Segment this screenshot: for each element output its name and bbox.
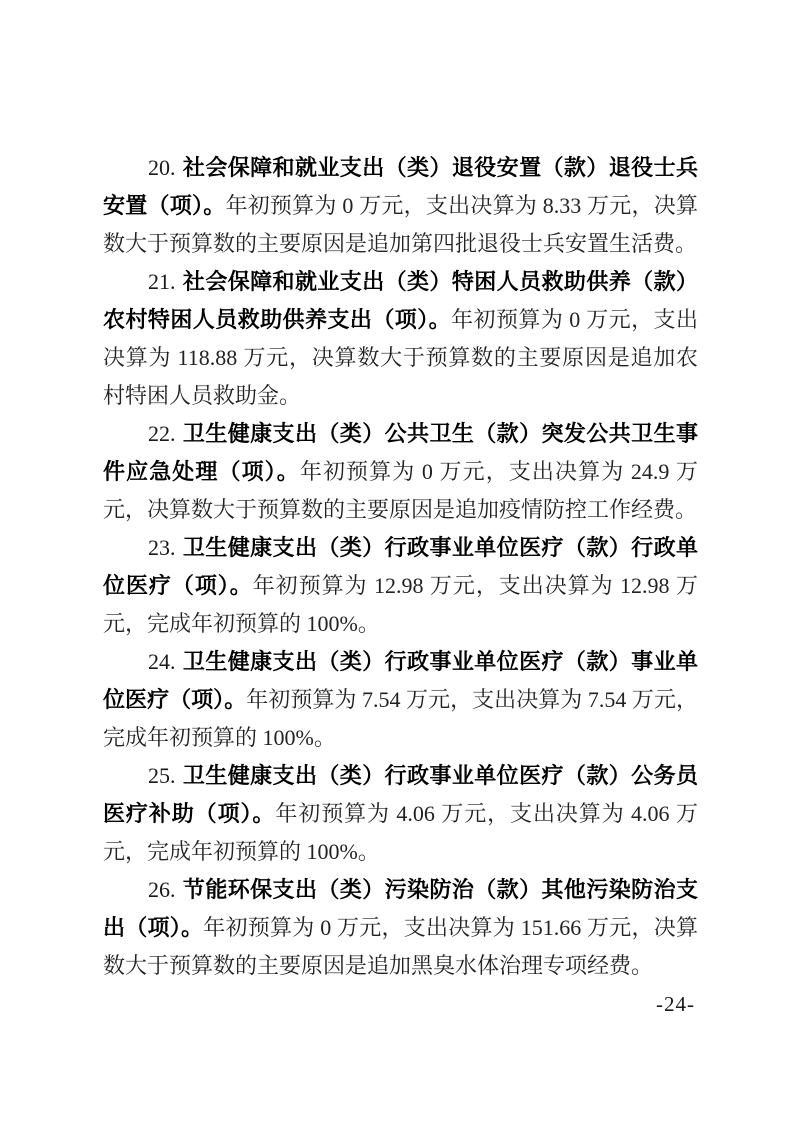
item-number: 22. (148, 421, 176, 446)
budget-item-paragraph-21: 21.社会保障和就业支出（类）特困人员救助供养（款）农村特困人员救助供养支出（项… (103, 263, 698, 415)
document-page: 20.社会保障和就业支出（类）退役安置（款）退役士兵安置（项）。年初预算为 0 … (0, 0, 793, 1122)
item-number: 21. (148, 269, 176, 294)
budget-item-paragraph-24: 24.卫生健康支出（类）行政事业单位医疗（款）事业单位医疗（项）。年初预算为 7… (103, 643, 698, 757)
item-number: 20. (148, 155, 176, 180)
budget-item-paragraph-25: 25.卫生健康支出（类）行政事业单位医疗（款）公务员医疗补助（项）。年初预算为 … (103, 757, 698, 871)
page-number: -24- (0, 992, 695, 1016)
item-number: 25. (148, 763, 176, 788)
item-number: 24. (148, 649, 176, 674)
item-number: 23. (148, 535, 176, 560)
item-number: 26. (148, 877, 176, 902)
budget-item-paragraph-22: 22.卫生健康支出（类）公共卫生（款）突发公共卫生事件应急处理（项）。年初预算为… (103, 415, 698, 529)
budget-item-paragraph-26: 26.节能环保支出（类）污染防治（款）其他污染防治支出（项）。年初预算为 0 万… (103, 871, 698, 985)
budget-item-paragraph-20: 20.社会保障和就业支出（类）退役安置（款）退役士兵安置（项）。年初预算为 0 … (103, 149, 698, 263)
document-content: 20.社会保障和就业支出（类）退役安置（款）退役士兵安置（项）。年初预算为 0 … (103, 149, 698, 985)
budget-item-paragraph-23: 23.卫生健康支出（类）行政事业单位医疗（款）行政单位医疗（项）。年初预算为 1… (103, 529, 698, 643)
